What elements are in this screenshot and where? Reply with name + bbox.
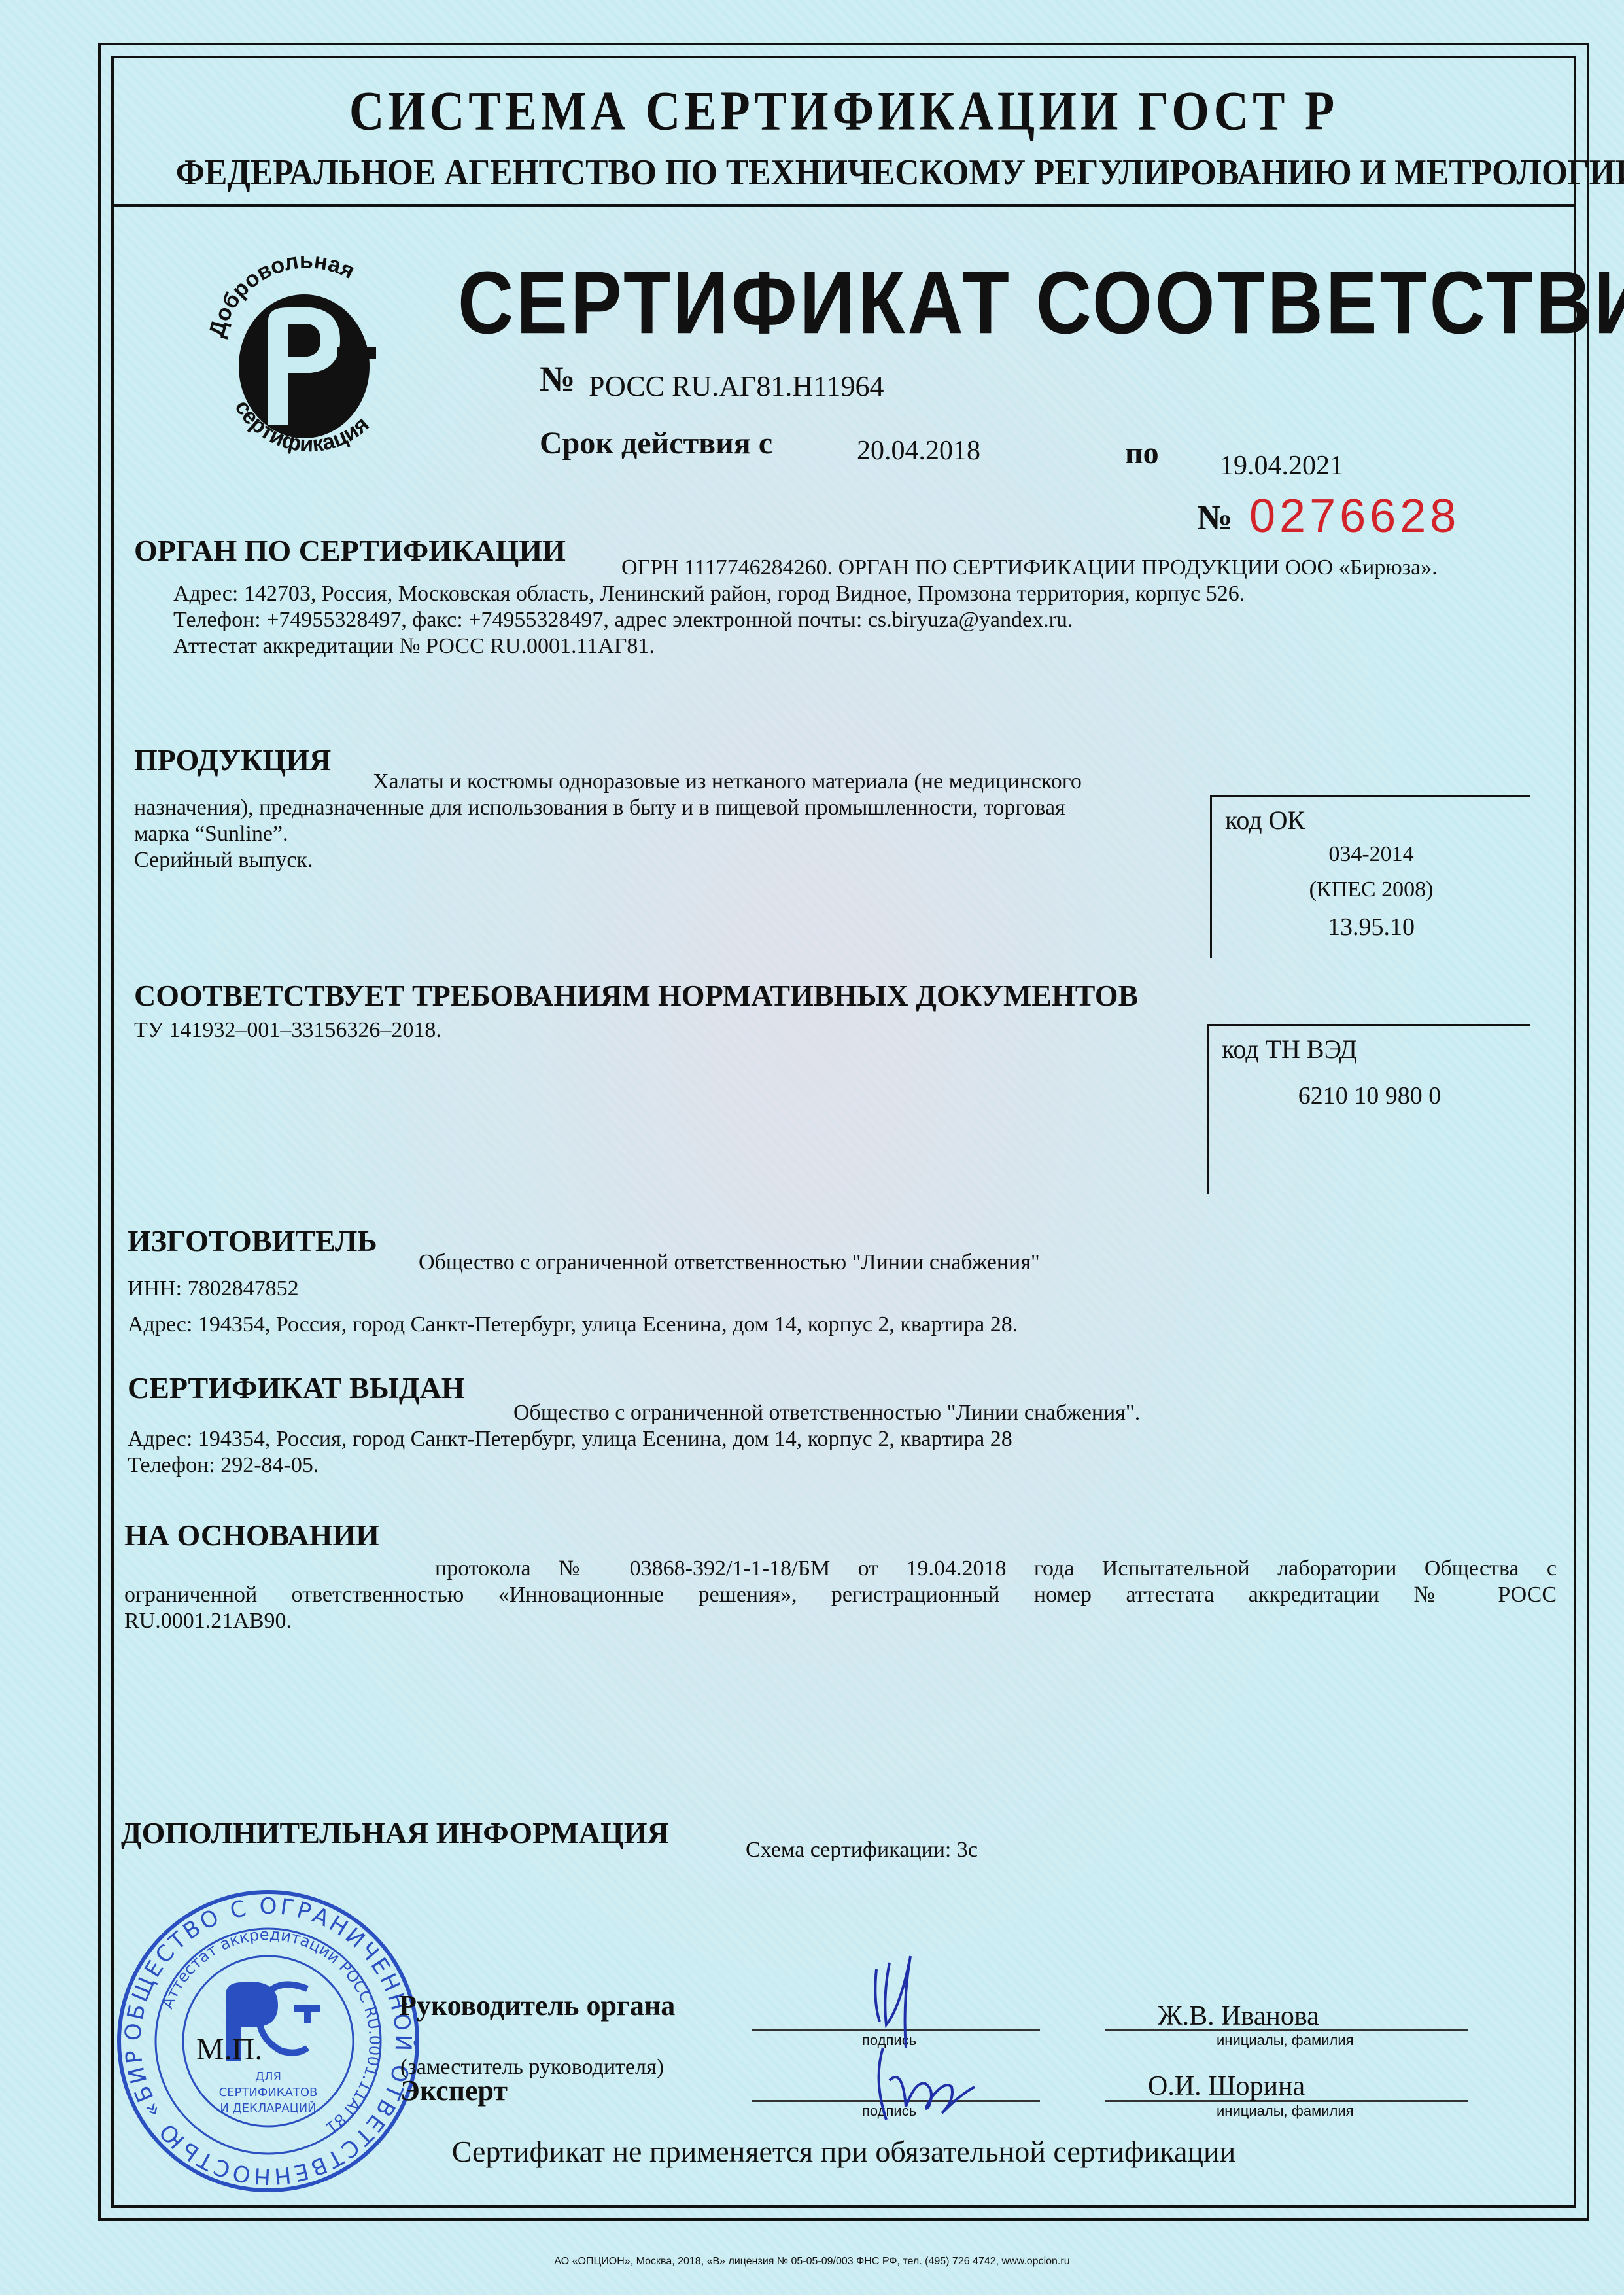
system-title: СИСТЕМА СЕРТИФИКАЦИИ ГОСТ Р	[111, 80, 1576, 144]
head-name-caption: инициалы, фамилия	[1217, 2032, 1354, 2049]
cert-body-address: Адрес: 142703, Россия, Московская област…	[173, 581, 1245, 607]
cert-body-line1: ОГРН 1117746284260. ОРГАН ПО СЕРТИФИКАЦИ…	[621, 555, 1438, 581]
additional-heading: ДОПОЛНИТЕЛЬНАЯ ИНФОРМАЦИЯ	[121, 1815, 669, 1850]
issued-to-name: Общество с ограниченной ответственностью…	[513, 1400, 1140, 1426]
head-name: Ж.В. Иванова	[1158, 2001, 1319, 2032]
cert-body-accreditation: Аттестат аккредитации № РОСС RU.0001.11А…	[173, 633, 655, 659]
ok-code-line3: 13.95.10	[1212, 913, 1530, 941]
validity-label: Срок действия с	[540, 425, 772, 461]
svg-text:И ДЕКЛАРАЦИЙ: И ДЕКЛАРАЦИЙ	[220, 2101, 316, 2115]
ok-code-label: код ОК	[1225, 805, 1530, 835]
cert-body-heading: ОРГАН ПО СЕРТИФИКАЦИИ	[134, 533, 566, 568]
certification-scheme: Схема сертификации: 3с	[746, 1837, 978, 1863]
printer-imprint: АО «ОПЦИОН», Москва, 2018, «В» лицензия …	[0, 2256, 1624, 2268]
tn-ved-value: 6210 10 980 0	[1209, 1081, 1530, 1110]
manufacturer-heading: ИЗГОТОВИТЕЛЬ	[128, 1223, 377, 1258]
valid-to-label: по	[1125, 435, 1159, 471]
cert-number: РОСС RU.АГ81.Н11964	[589, 370, 884, 403]
product-line1: Халаты и костюмы одноразовые из нетканог…	[373, 769, 1082, 795]
seal-place-label: М.П.	[196, 2031, 262, 2067]
expert-signature-icon	[870, 2041, 988, 2133]
head-of-body-label: Руководитель органа	[399, 1989, 675, 2022]
expert-name: О.И. Шорина	[1148, 2071, 1305, 2102]
tn-ved-label: код ТН ВЭД	[1222, 1034, 1530, 1064]
product-line3: марка “Sunline”.	[134, 821, 288, 847]
valid-from: 20.04.2018	[857, 435, 980, 466]
serial-number: 0276628	[1249, 489, 1460, 543]
tn-ved-box: код ТН ВЭД 6210 10 980 0	[1207, 1024, 1530, 1194]
manufacturer-name: Общество с ограниченной ответственностью…	[419, 1250, 1040, 1276]
ok-code-line1: 034-2014	[1212, 842, 1530, 867]
expert-name-caption: инициалы, фамилия	[1217, 2103, 1354, 2120]
basis-line3: RU.0001.21АВ90.	[124, 1608, 292, 1634]
issued-to-address: Адрес: 194354, Россия, город Санкт-Петер…	[128, 1426, 1012, 1452]
basis-line2: ограниченной ответственностью «Инновацио…	[124, 1582, 1557, 1608]
header-divider	[111, 204, 1576, 207]
product-heading: ПРОДУКЦИЯ	[134, 743, 331, 777]
product-line4: Серийный выпуск.	[134, 847, 313, 873]
issued-to-phone: Телефон: 292-84-05.	[128, 1452, 319, 1479]
cert-number-label: №	[540, 359, 575, 399]
basis-line1: протокола № 03868-392/1-1-18/БМ от 19.04…	[435, 1556, 1557, 1582]
agency-title: ФЕДЕРАЛЬНОЕ АГЕНТСТВО ПО ТЕХНИЧЕСКОМУ РЕ…	[176, 152, 1512, 194]
expert-label: Эксперт	[400, 2074, 508, 2107]
serial-label: №	[1197, 497, 1232, 538]
svg-text:СЕРТИФИКАТОВ: СЕРТИФИКАТОВ	[219, 2086, 318, 2099]
head-signature-icon	[863, 1950, 942, 2054]
rst-voluntary-certification-logo-icon: Добровольная сертификация	[196, 249, 419, 464]
certificate-title: СЕРТИФИКАТ СООТВЕТСТВИЯ	[458, 252, 1624, 354]
product-line2: назначения), предназначенные для использ…	[134, 795, 1065, 821]
compliance-standard: ТУ 141932–001–33156326–2018.	[134, 1017, 441, 1043]
voluntary-footnote: Сертификат не применяется при обязательн…	[111, 2134, 1576, 2169]
basis-heading: НА ОСНОВАНИИ	[124, 1518, 379, 1552]
manufacturer-address: Адрес: 194354, Россия, город Санкт-Петер…	[128, 1312, 1018, 1338]
valid-to: 19.04.2021	[1220, 450, 1343, 482]
manufacturer-inn: ИНН: 7802847852	[128, 1276, 299, 1302]
svg-text:ДЛЯ: ДЛЯ	[255, 2070, 281, 2084]
cert-body-contacts: Телефон: +74955328497, факс: +7495532849…	[173, 607, 1073, 633]
ok-code-box: код ОК 034-2014 (КПЕС 2008) 13.95.10	[1210, 795, 1530, 958]
ok-code-line2: (КПЕС 2008)	[1212, 877, 1530, 902]
issued-to-heading: СЕРТИФИКАТ ВЫДАН	[128, 1371, 465, 1405]
compliance-heading: СООТВЕТСТВУЕТ ТРЕБОВАНИЯМ НОРМАТИВНЫХ ДО…	[134, 978, 1138, 1013]
